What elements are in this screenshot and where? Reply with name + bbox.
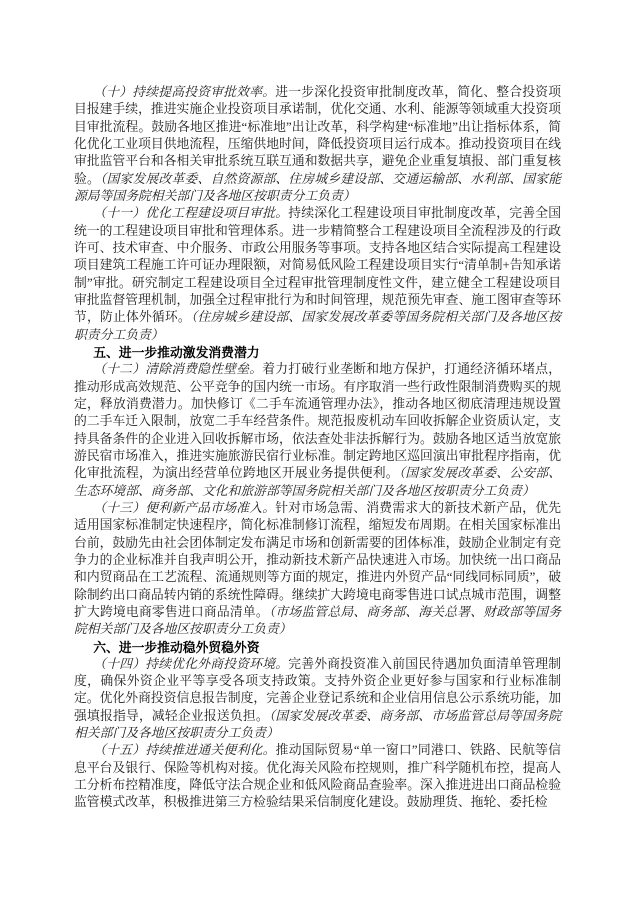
paragraph-12-lead: （十二）清除消费隐性壁垒。 [93, 362, 262, 376]
paragraph-item-10: （十）持续提高投资审批效率。进一步深化投资审批制度改革，简化、整合投资项目报建手… [74, 84, 561, 205]
paragraph-item-14: （十四）持续优化外商投资环境。完善外商投资准入前国民待遇加负面清单管理制度，确保… [74, 656, 561, 743]
document-page: （十）持续提高投资审批效率。进一步深化投资审批制度改革，简化、整合投资项目报建手… [0, 0, 635, 898]
paragraph-14-lead: （十四）持续优化外商投资环境。 [93, 657, 288, 671]
paragraph-11-text: 持续深化工程建设项目审批制度改革，完善全国统一的工程建设项目审批和管理体系。进一… [74, 206, 561, 324]
paragraph-item-15: （十五）持续推进通关便利化。推动国际贸易“单一窗口”同港口、铁路、民航等信息平台… [74, 742, 561, 811]
paragraph-item-13: （十三）便利新产品市场准入。针对市场急需、消费需求大的新技术新产品，优先适用国家… [74, 500, 561, 639]
paragraph-item-11: （十一）优化工程建设项目审批。持续深化工程建设项目审批制度改革，完善全国统一的工… [74, 205, 561, 344]
paragraph-13-text: 针对市场急需、消费需求大的新技术新产品，优先适用国家标准制定快速程序，简化标准制… [74, 501, 561, 619]
paragraph-10-lead: （十）持续提高投资审批效率。 [93, 85, 275, 99]
paragraph-12-text: 着力打破行业垄断和地方保护，打通经济循环堵点，推动形成高效规范、公平竞争的国内统… [74, 362, 561, 480]
document-body: （十）持续提高投资审批效率。进一步深化投资审批制度改革，简化、整合投资项目报建手… [74, 84, 561, 812]
paragraph-11-lead: （十一）优化工程建设项目审批。 [93, 206, 288, 220]
section-heading-6: 六、进一步推动稳外贸稳外资 [74, 639, 561, 656]
paragraph-10-text: 进一步深化投资审批制度改革，简化、整合投资项目报建手续，推进实施企业投资项目承诺… [74, 85, 561, 186]
paragraph-10-attribution: （国家发展改革委、自然资源部、住房城乡建设部、交通运输部、水利部、国家能源局等国… [74, 172, 561, 203]
section-heading-5: 五、进一步推动激发消费潜力 [74, 344, 561, 361]
paragraph-15-lead: （十五）持续推进通关便利化。 [93, 743, 275, 757]
paragraph-13-lead: （十三）便利新产品市场准入。 [93, 501, 275, 515]
paragraph-item-12: （十二）清除消费隐性壁垒。着力打破行业垄断和地方保护，打通经济循环堵点，推动形成… [74, 361, 561, 500]
